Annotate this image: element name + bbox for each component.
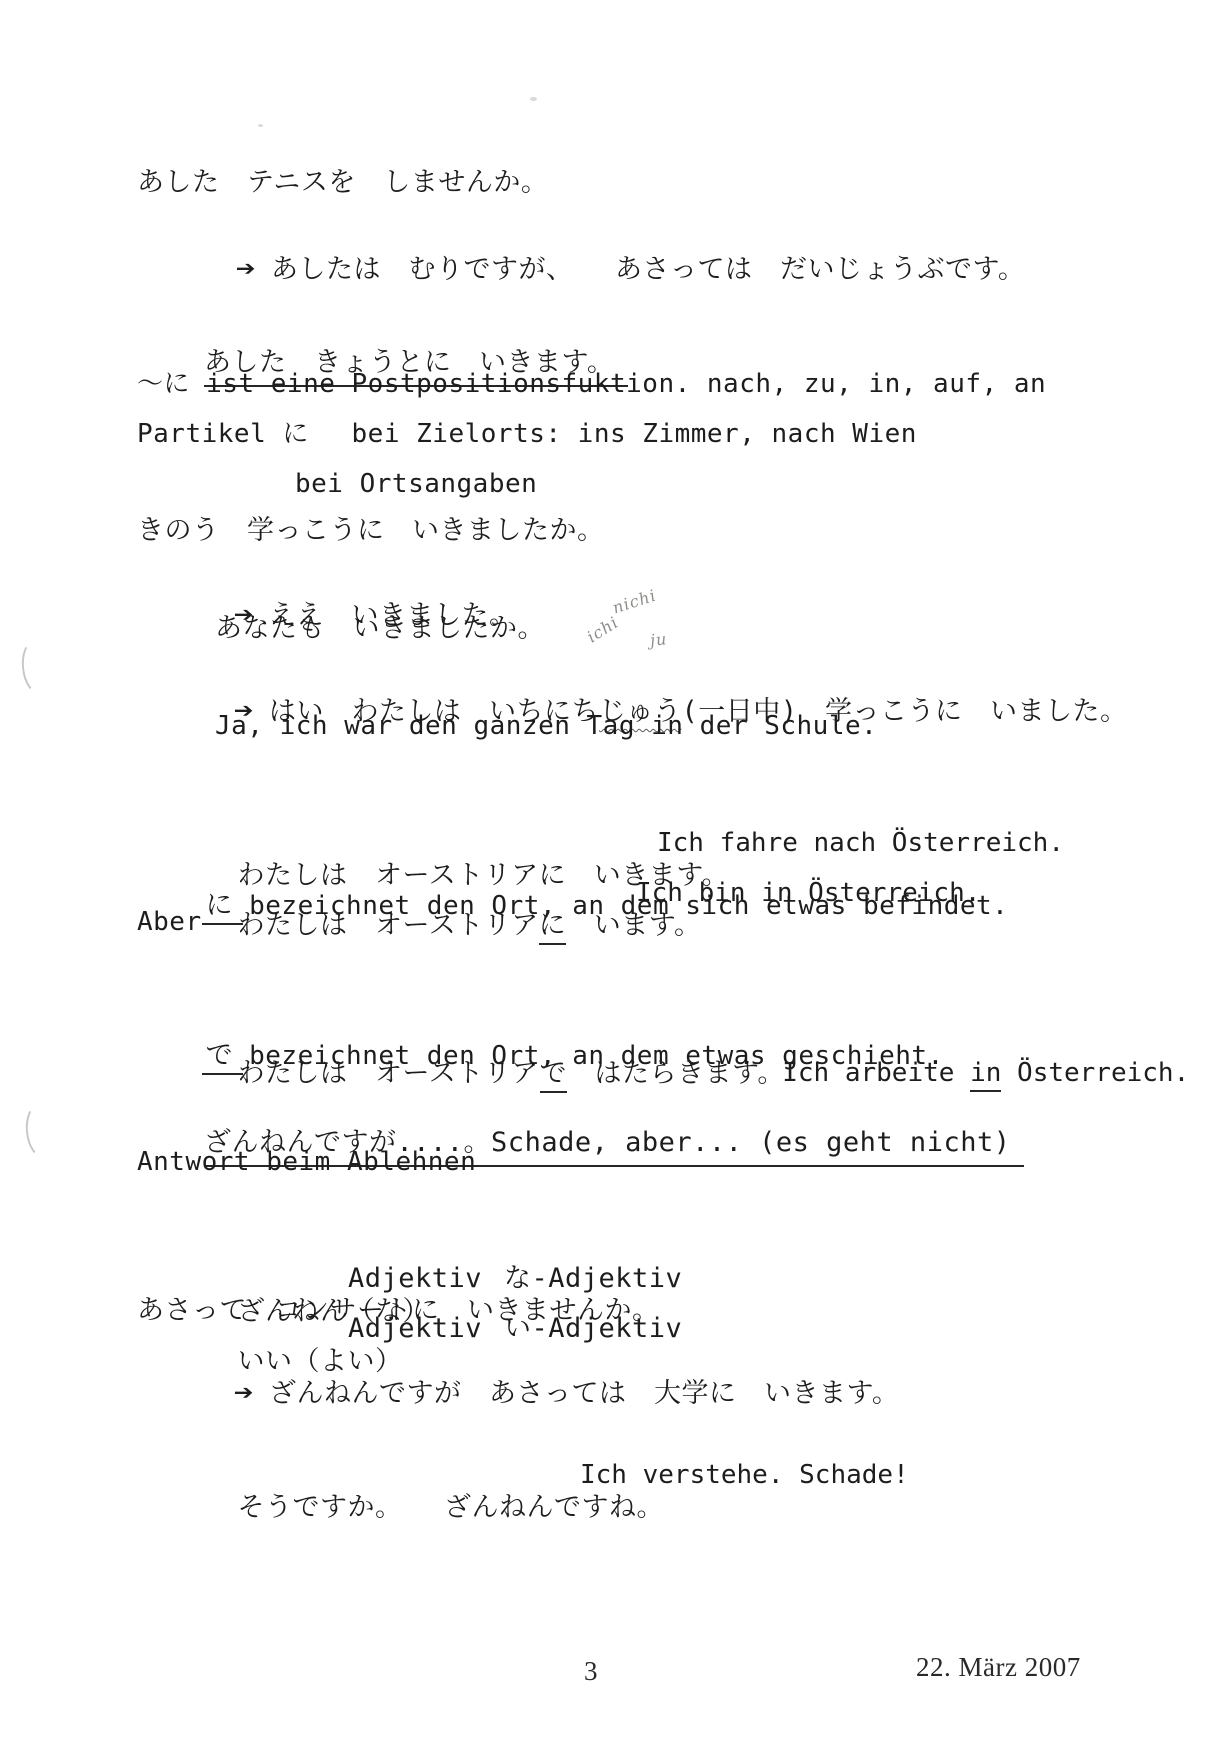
ja-german-translation-line: Ja, ich war den ganzen Tag in der Schule…: [215, 710, 877, 743]
handwritten-nichi-annotation: nichi: [610, 586, 658, 618]
scan-speck: [258, 124, 263, 127]
closing-line: そうですか。 ざんねんですね。 Ich verstehe. Schade!: [137, 1390, 1137, 1660]
de-note-text: bezeichnet den Ort, an dem etwas geschie…: [249, 1041, 944, 1071]
ni-explanation-line-2: Partikel に bei Zielorts: ins Zimmer, nac…: [137, 418, 917, 451]
handwritten-ju-annotation: ju: [649, 629, 668, 650]
margin-scan-mark: [23, 1103, 58, 1160]
tennis-answer-line: ➔あしたは むりですが、 あさっては だいじょうぶです。: [170, 216, 1025, 320]
ni-explanation-line-1: ～に ist eine Postpositionsfuktion. nach, …: [137, 368, 1046, 401]
ni-note-line: にbezeichnet den Ort, an dem sich etwas b…: [137, 856, 1008, 955]
ni-note-particle: に: [202, 890, 244, 925]
handwritten-ichi-annotation: ichi: [584, 613, 622, 647]
kyoto-section-heading: あした きょうとに いきます。: [137, 312, 628, 420]
closing-de: Ich verstehe. Schade!: [580, 1459, 909, 1492]
ni-note-text: bezeichnet den Ort, an dem sich etwas be…: [249, 891, 1008, 921]
de-note-line: でbezeichnet den Ort, an dem etwas geschi…: [137, 1006, 944, 1105]
kinou-question-line: きのう 学っこうに いきましたか。: [137, 514, 605, 548]
aber-line: Aber: [137, 906, 202, 939]
concert-question-line: あさって コンサートに いきませんか。: [137, 1294, 660, 1328]
ni-explanation-line-3: bei Ortsangaben: [295, 468, 537, 501]
arrow-icon: ➔: [236, 250, 257, 286]
antwort-line: Antwort beim Ablehnen: [137, 1146, 476, 1179]
closing-jp: そうですか。 ざんねんですね。: [238, 1492, 665, 1523]
de-note-particle: で: [202, 1040, 244, 1075]
scanned-document-page: あした テニスを しませんか。 ➔あしたは むりですが、 あさっては だいじょう…: [0, 0, 1232, 1744]
austria-example-3-de-post: Österreich.: [1001, 1058, 1189, 1088]
footer-date: 22. März 2007: [916, 1652, 1081, 1683]
tennis-answer-text: あしたは むりですが、 あさっては だいじょうぶです。: [271, 254, 1025, 285]
margin-scan-mark: [19, 639, 54, 696]
austria-example-3-de-in-underlined: in: [970, 1058, 1001, 1092]
tennis-question-line: あした テニスを しませんか。: [137, 166, 548, 200]
scan-speck: [530, 97, 537, 101]
anata-question-line: あなたも いきましたか。: [215, 612, 545, 646]
page-number: 3: [584, 1656, 598, 1687]
